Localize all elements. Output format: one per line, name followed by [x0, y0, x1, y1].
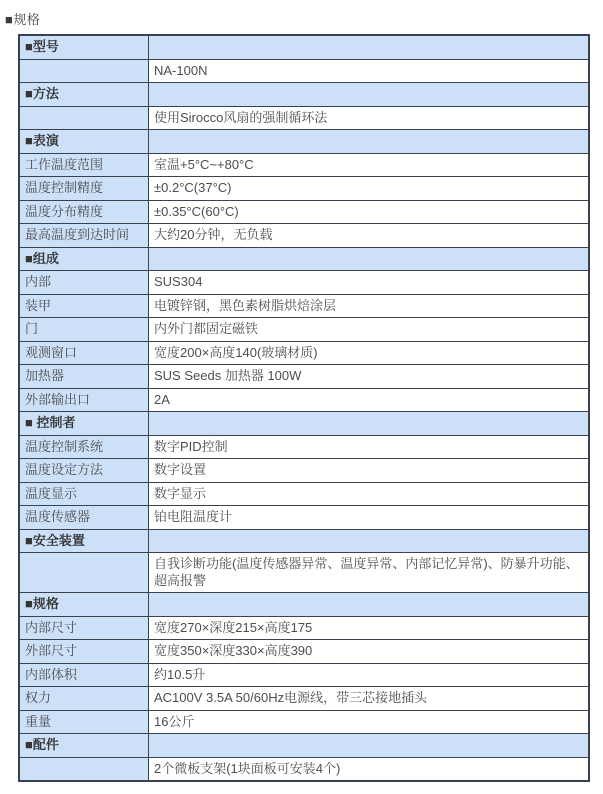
spec-label: 门 — [19, 318, 149, 342]
spec-label: 温度分布精度 — [19, 200, 149, 224]
table-row: 内部尺寸 宽度270×深度215×高度175 — [19, 616, 589, 640]
spec-value: ±0.35°C(60°C) — [149, 200, 590, 224]
spec-value — [149, 83, 590, 107]
spec-value — [149, 130, 590, 154]
table-row: 内部体积 约10.5升 — [19, 663, 589, 687]
table-row: ■组成 — [19, 247, 589, 271]
spec-label: ■方法 — [19, 83, 149, 107]
table-row: 温度传感器 铂电阻温度计 — [19, 506, 589, 530]
table-row: 观测窗口 宽度200×高度140(玻璃材质) — [19, 341, 589, 365]
spec-label: 权力 — [19, 687, 149, 711]
spec-label: 重量 — [19, 710, 149, 734]
spec-label — [19, 553, 149, 593]
spec-label: ■组成 — [19, 247, 149, 271]
spec-value: 铂电阻温度计 — [149, 506, 590, 530]
table-row: 温度控制精度 ±0.2°C(37°C) — [19, 177, 589, 201]
spec-value: 2A — [149, 388, 590, 412]
table-row: 工作温度范围 室温+5°C~+80°C — [19, 153, 589, 177]
table-row: 自我诊断功能(温度传感器异常、温度异常、内部记忆异常)、防暴升功能、超高报警 — [19, 553, 589, 593]
spec-value: 2个微板支架(1块面板可安装4个) — [149, 757, 590, 781]
table-row: ■配件 — [19, 734, 589, 758]
spec-label — [19, 59, 149, 83]
table-row: 门 内外门都固定磁铁 — [19, 318, 589, 342]
spec-value: SUS Seeds 加热器 100W — [149, 365, 590, 389]
spec-value: 16公斤 — [149, 710, 590, 734]
spec-value: ±0.2°C(37°C) — [149, 177, 590, 201]
spec-value — [149, 734, 590, 758]
table-row: 温度显示 数字显示 — [19, 482, 589, 506]
table-row: 2个微板支架(1块面板可安装4个) — [19, 757, 589, 781]
spec-label: 装甲 — [19, 294, 149, 318]
spec-value: 使用Sirocco风扇的强制循环法 — [149, 106, 590, 130]
table-row: 外部尺寸 宽度350×深度330×高度390 — [19, 640, 589, 664]
spec-value — [149, 593, 590, 617]
spec-label: ■ 控制者 — [19, 412, 149, 436]
spec-value: 电镀锌钢，黑色素树脂烘焙涂层 — [149, 294, 590, 318]
table-row: 温度分布精度 ±0.35°C(60°C) — [19, 200, 589, 224]
table-row: ■方法 — [19, 83, 589, 107]
spec-label: 内部体积 — [19, 663, 149, 687]
table-row: ■表演 — [19, 130, 589, 154]
spec-value: 室温+5°C~+80°C — [149, 153, 590, 177]
table-row: 使用Sirocco风扇的强制循环法 — [19, 106, 589, 130]
table-row: 最高温度到达时间 大约20分钟，无负载 — [19, 224, 589, 248]
spec-label: 最高温度到达时间 — [19, 224, 149, 248]
table-row: 权力 AC100V 3.5A 50/60Hz电源线，带三芯接地插头 — [19, 687, 589, 711]
table-row: ■规格 — [19, 593, 589, 617]
spec-label: 加热器 — [19, 365, 149, 389]
spec-table-body: ■型号 NA-100N ■方法 使用Sirocco风扇的强制循环法 ■表演 工作… — [19, 35, 589, 781]
table-row: NA-100N — [19, 59, 589, 83]
spec-value — [149, 529, 590, 553]
spec-value: NA-100N — [149, 59, 590, 83]
table-row: 温度设定方法 数字设置 — [19, 459, 589, 483]
spec-label: 观测窗口 — [19, 341, 149, 365]
spec-label: 内部尺寸 — [19, 616, 149, 640]
spec-value: 内外门都固定磁铁 — [149, 318, 590, 342]
table-row: 外部输出口 2A — [19, 388, 589, 412]
spec-label: 温度控制系统 — [19, 435, 149, 459]
spec-value: 数字PID控制 — [149, 435, 590, 459]
spec-label: 温度设定方法 — [19, 459, 149, 483]
table-row: 加热器 SUS Seeds 加热器 100W — [19, 365, 589, 389]
table-row: 重量 16公斤 — [19, 710, 589, 734]
spec-value: 自我诊断功能(温度传感器异常、温度异常、内部记忆异常)、防暴升功能、超高报警 — [149, 553, 590, 593]
spec-label: 温度显示 — [19, 482, 149, 506]
spec-label: ■规格 — [19, 593, 149, 617]
spec-value: SUS304 — [149, 271, 590, 295]
spec-table: ■型号 NA-100N ■方法 使用Sirocco风扇的强制循环法 ■表演 工作… — [18, 34, 590, 782]
table-row: ■型号 — [19, 35, 589, 59]
spec-label: 外部输出口 — [19, 388, 149, 412]
spec-value: AC100V 3.5A 50/60Hz电源线，带三芯接地插头 — [149, 687, 590, 711]
spec-value: 宽度350×深度330×高度390 — [149, 640, 590, 664]
table-row: 装甲 电镀锌钢，黑色素树脂烘焙涂层 — [19, 294, 589, 318]
spec-value: 数字设置 — [149, 459, 590, 483]
spec-value — [149, 412, 590, 436]
spec-label: ■配件 — [19, 734, 149, 758]
table-row: 温度控制系统 数字PID控制 — [19, 435, 589, 459]
spec-label: ■型号 — [19, 35, 149, 59]
spec-value — [149, 35, 590, 59]
page-title: ■规格 — [5, 9, 603, 28]
spec-label — [19, 106, 149, 130]
spec-label: ■安全装置 — [19, 529, 149, 553]
table-row: 内部 SUS304 — [19, 271, 589, 295]
spec-value: 约10.5升 — [149, 663, 590, 687]
spec-value: 宽度270×深度215×高度175 — [149, 616, 590, 640]
spec-label: 内部 — [19, 271, 149, 295]
spec-label: 工作温度范围 — [19, 153, 149, 177]
spec-label: 温度控制精度 — [19, 177, 149, 201]
spec-label: 外部尺寸 — [19, 640, 149, 664]
spec-value: 数字显示 — [149, 482, 590, 506]
spec-label: 温度传感器 — [19, 506, 149, 530]
spec-label: ■表演 — [19, 130, 149, 154]
table-row: ■ 控制者 — [19, 412, 589, 436]
spec-label — [19, 757, 149, 781]
spec-value: 大约20分钟，无负载 — [149, 224, 590, 248]
table-row: ■安全装置 — [19, 529, 589, 553]
spec-value — [149, 247, 590, 271]
spec-value: 宽度200×高度140(玻璃材质) — [149, 341, 590, 365]
